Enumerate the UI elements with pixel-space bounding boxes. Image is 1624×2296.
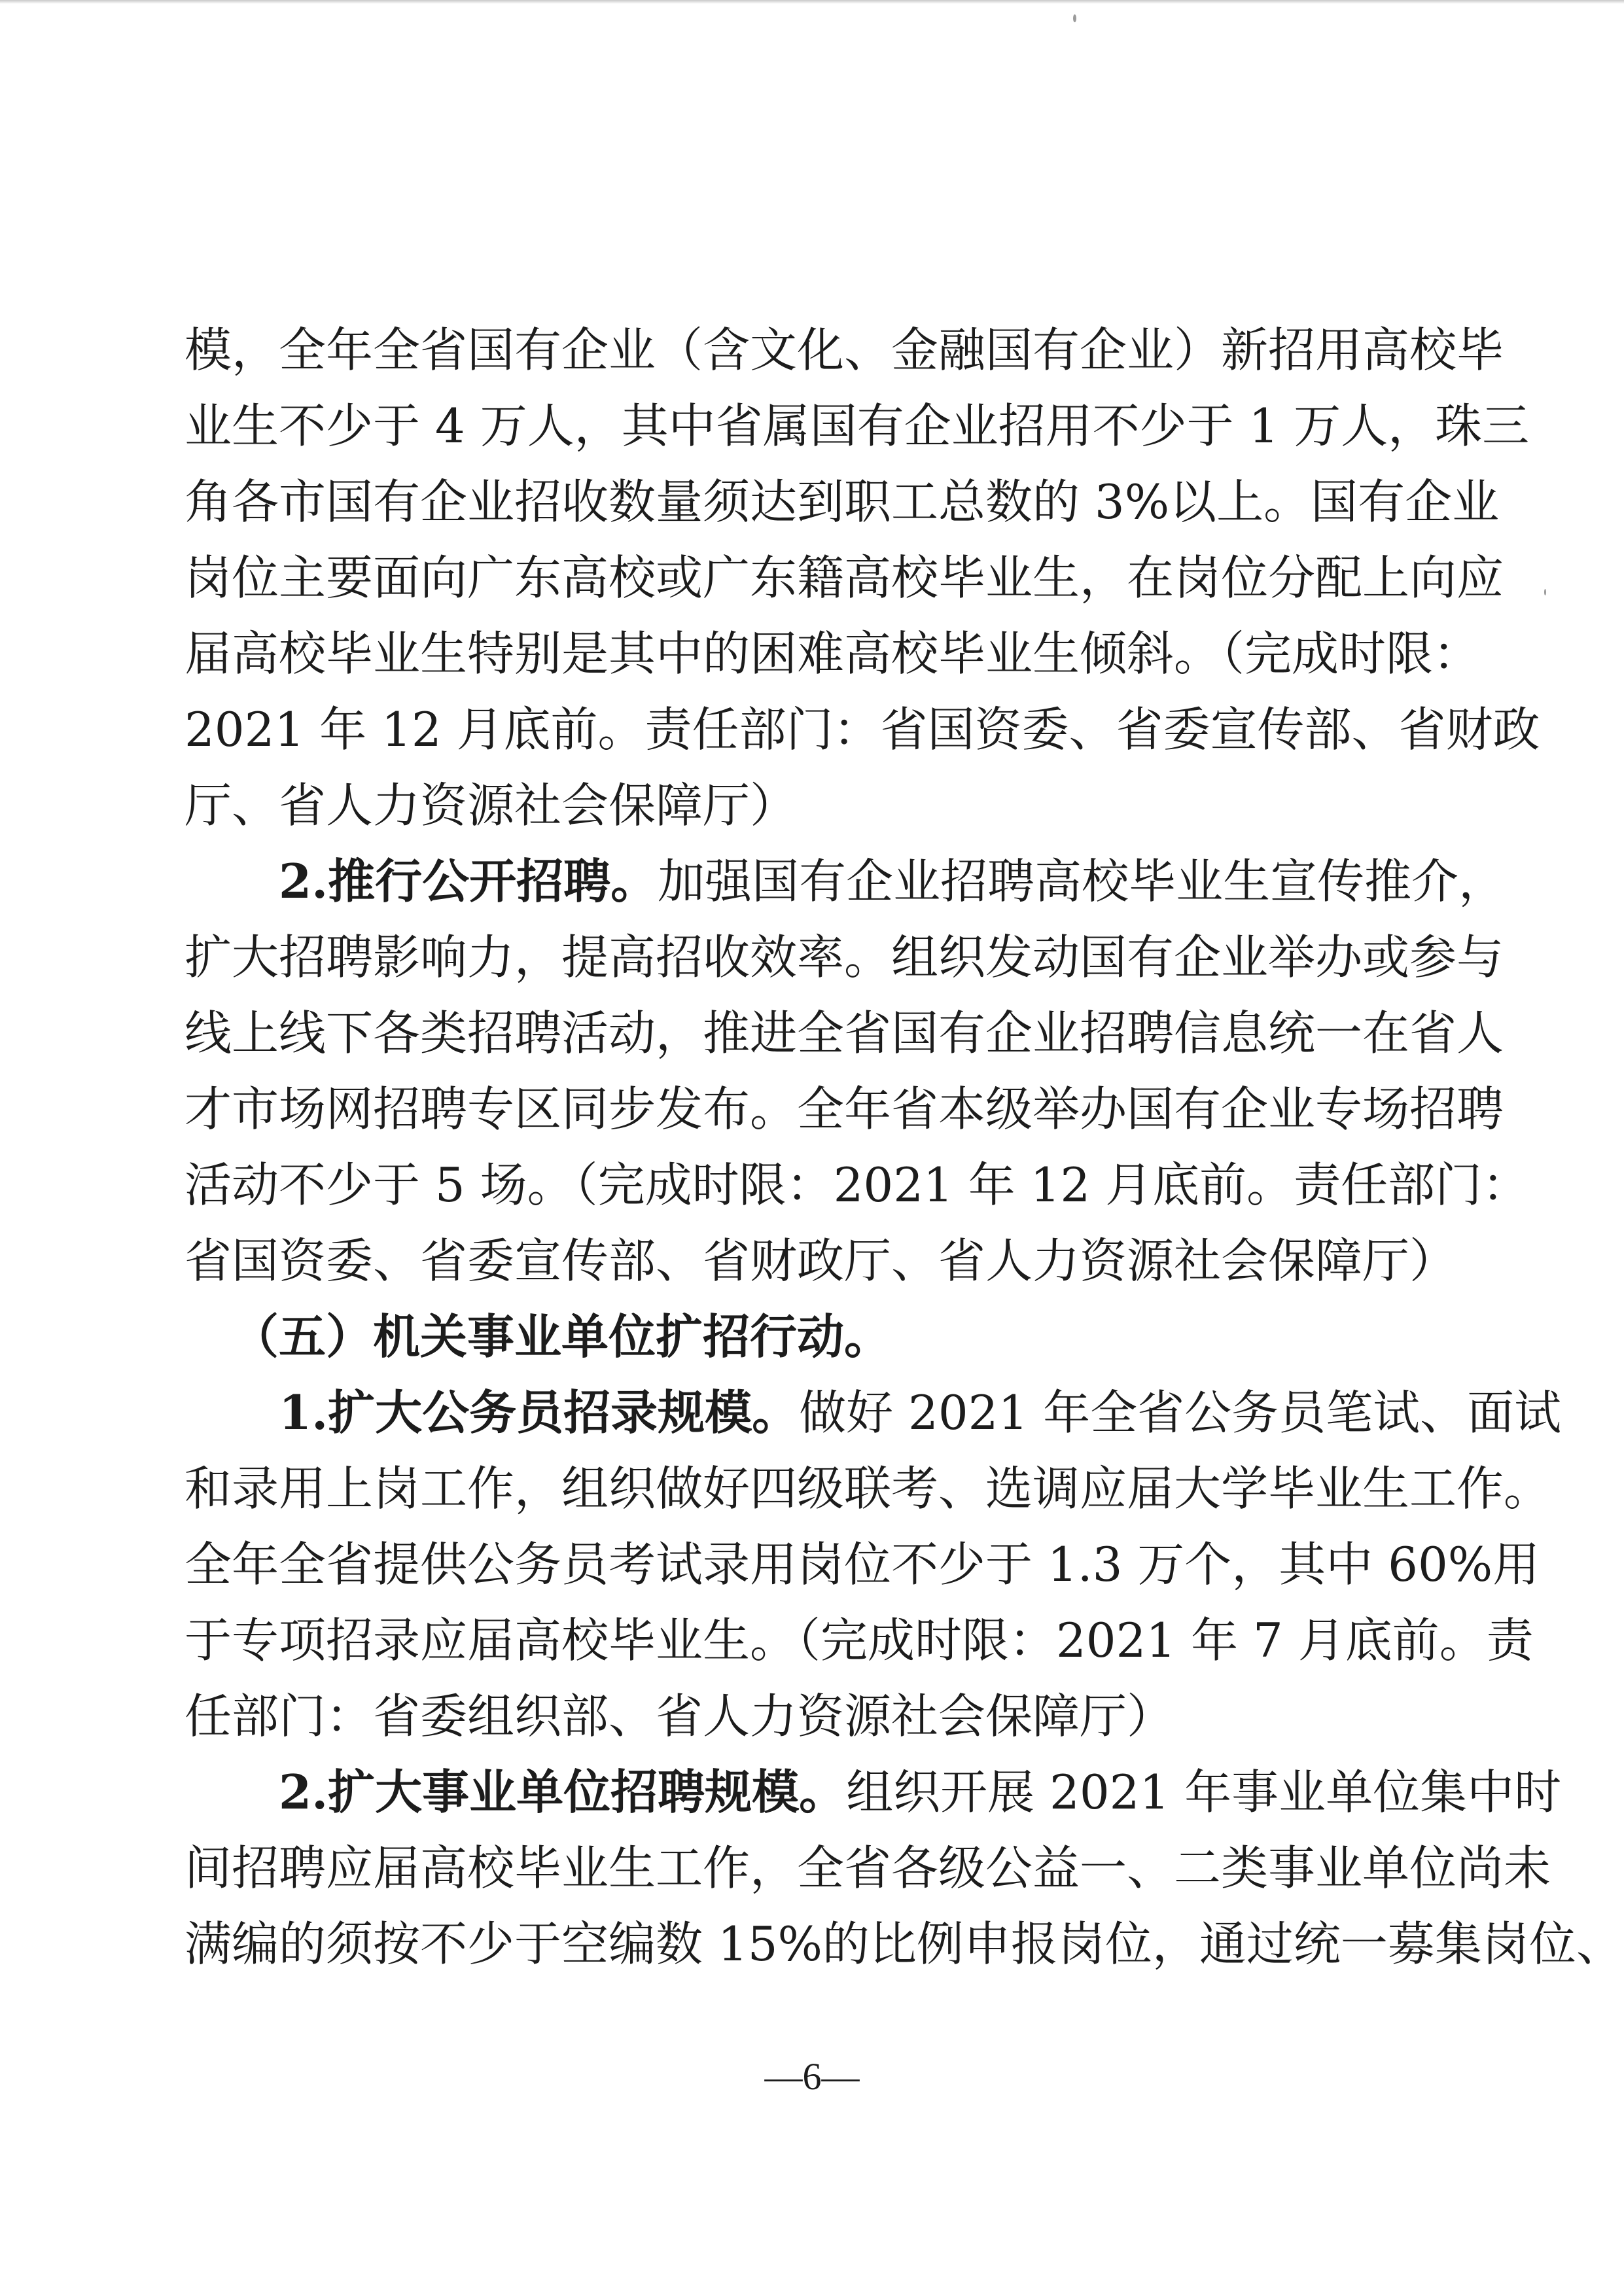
paragraph-public-recruitment: 2.推行公开招聘。加强国有企业招聘高校毕业生宣传推介， 扩大招聘影响力，提高招收… <box>185 843 1366 1299</box>
scan-speck <box>1073 14 1076 22</box>
text-line: 活动不少于 5 场。（完成时限：2021 年 12 月底前。责任部门： <box>185 1147 1366 1223</box>
text-line: 才市场网招聘专区同步发布。全年省本级举办国有企业专场招聘 <box>185 1071 1366 1147</box>
section-heading: （五）机关事业单位扩招行动。 <box>185 1299 1366 1375</box>
text-line: 厅、省人力资源社会保障厅） <box>185 768 1366 843</box>
text-line: 和录用上岗工作，组织做好四级联考、选调应届大学毕业生工作。 <box>185 1451 1366 1527</box>
paragraph-title: 1.扩大公务员招录规模。 <box>279 1385 799 1440</box>
text-line: 线上线下各类招聘活动，推进全省国有企业招聘信息统一在省人 <box>185 995 1366 1071</box>
text-line-first: 1.扩大公务员招录规模。做好 2021 年全省公务员笔试、面试 <box>185 1375 1366 1451</box>
text-line: 角各市国有企业招收数量须达到职工总数的 3%以上。国有企业 <box>185 464 1366 540</box>
text-line: 满编的须按不少于空编数 15%的比例申报岗位，通过统一募集岗位、 <box>185 1906 1366 1982</box>
text-line: 全年全省提供公务员考试录用岗位不少于 1.3 万个，其中 60%用 <box>185 1527 1366 1602</box>
text-line: 扩大招聘影响力，提高招收效率。组织发动国有企业举办或参与 <box>185 919 1366 995</box>
text-line: 省国资委、省委宣传部、省财政厅、省人力资源社会保障厅） <box>185 1223 1366 1299</box>
paragraph-continued: 模，全年全省国有企业（含文化、金融国有企业）新招用高校毕 业生不少于 4 万人，… <box>185 312 1366 843</box>
text-line-first: 2.推行公开招聘。加强国有企业招聘高校毕业生宣传推介， <box>185 843 1366 919</box>
text-line: 业生不少于 4 万人，其中省属国有企业招用不少于 1 万人，珠三 <box>185 388 1366 464</box>
paragraph-title: 2.推行公开招聘。 <box>279 853 658 909</box>
text-line: 届高校毕业生特别是其中的困难高校毕业生倾斜。（完成时限： <box>185 616 1366 692</box>
paragraph-civil-servant-recruitment: 1.扩大公务员招录规模。做好 2021 年全省公务员笔试、面试 和录用上岗工作，… <box>185 1375 1366 1754</box>
scan-edge-artifact <box>0 0 1624 4</box>
paragraph-title: 2.扩大事业单位招聘规模。 <box>279 1764 846 1820</box>
paragraph-text: 加强国有企业招聘高校毕业生宣传推介， <box>658 854 1506 909</box>
text-line: 2021 年 12 月底前。责任部门：省国资委、省委宣传部、省财政 <box>185 692 1366 768</box>
paragraph-institution-recruitment: 2.扩大事业单位招聘规模。组织开展 2021 年事业单位集中时 间招聘应届高校毕… <box>185 1754 1366 1982</box>
text-line: 模，全年全省国有企业（含文化、金融国有企业）新招用高校毕 <box>185 312 1366 388</box>
paragraph-text: 做好 2021 年全省公务员笔试、面试 <box>799 1385 1561 1440</box>
text-line: 任部门：省委组织部、省人力资源社会保障厅） <box>185 1678 1366 1754</box>
text-line: 于专项招录应届高校毕业生。（完成时限：2021 年 7 月底前。责 <box>185 1602 1366 1678</box>
page-number: —6— <box>0 2055 1624 2098</box>
paragraph-text: 组织开展 2021 年事业单位集中时 <box>846 1765 1561 1820</box>
scan-speck <box>1544 589 1546 595</box>
text-line-first: 2.扩大事业单位招聘规模。组织开展 2021 年事业单位集中时 <box>185 1754 1366 1830</box>
text-line: 岗位主要面向广东高校或广东籍高校毕业生，在岗位分配上向应 <box>185 540 1366 616</box>
document-body: 模，全年全省国有企业（含文化、金融国有企业）新招用高校毕 业生不少于 4 万人，… <box>185 312 1366 1982</box>
text-line: 间招聘应届高校毕业生工作，全省各级公益一、二类事业单位尚未 <box>185 1830 1366 1906</box>
